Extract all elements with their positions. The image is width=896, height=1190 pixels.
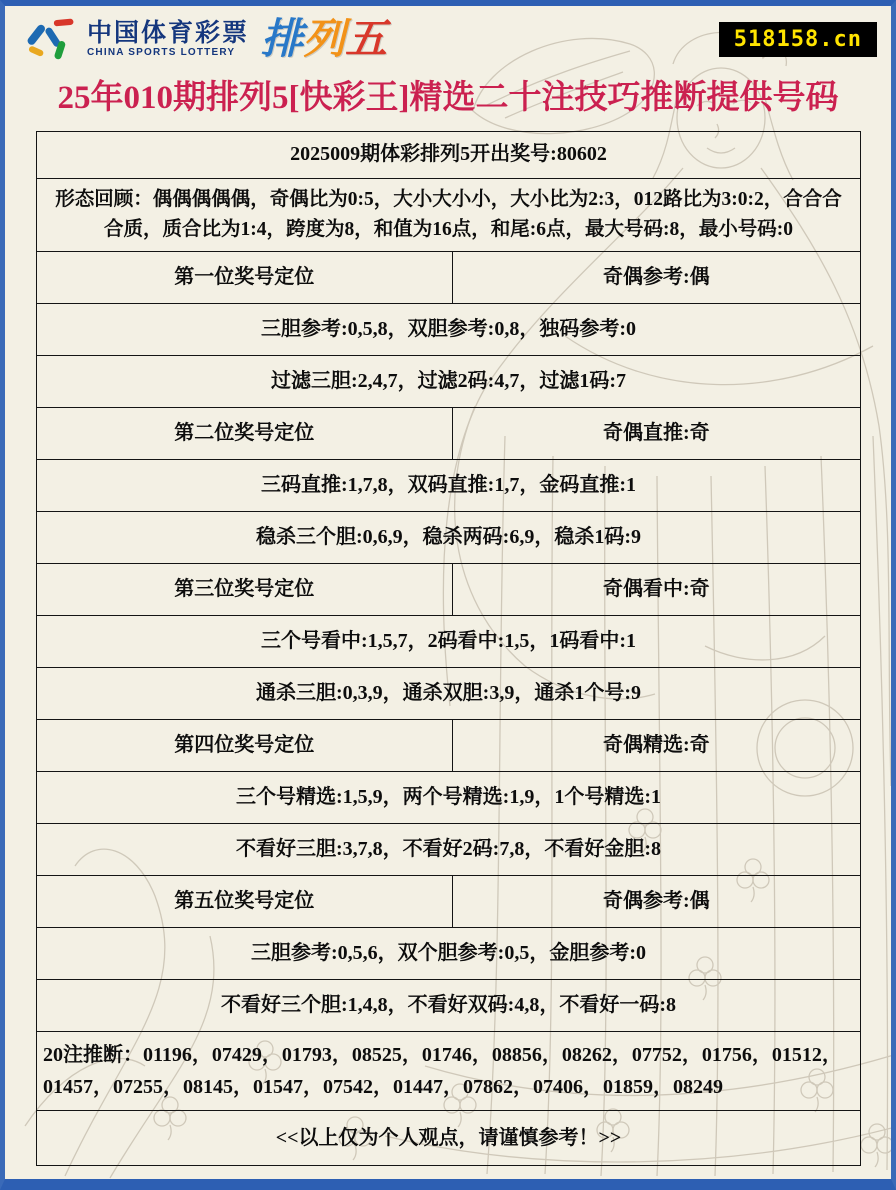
row-text-cell: 形态回顾：偶偶偶偶偶，奇偶比为0:5，大小大小小，大小比为2:3，012路比为3… (37, 179, 860, 251)
row-text-cell: 不看好三胆:3,7,8，不看好2码:7,8，不看好金胆:8 (37, 824, 860, 875)
row-value-cell: 奇偶看中:奇 (453, 564, 860, 615)
row-label-cell: 第四位奖号定位 (37, 720, 453, 771)
row-label-cell: 第五位奖号定位 (37, 876, 453, 927)
product-char-1: 排 (261, 18, 303, 60)
row-position-1-filter: 过滤三胆:2,4,7，过滤2码:4,7，过滤1码:7 (37, 356, 860, 408)
row-shape-review: 形态回顾：偶偶偶偶偶，奇偶比为0:5，大小大小小，大小比为2:3，012路比为3… (37, 179, 860, 252)
row-position-3-dan: 三个号看中:1,5,7，2码看中:1,5，1码看中:1 (37, 616, 860, 668)
row-text-cell: 20注推断：01196，07429，01793，08525，01746，0885… (37, 1032, 860, 1110)
row-text-cell: 三个号看中:1,5,7，2码看中:1,5，1码看中:1 (37, 616, 860, 667)
row-text-cell: 三胆参考:0,5,6，双个胆参考:0,5，金胆参考:0 (37, 928, 860, 979)
row-position-5-dan: 三胆参考:0,5,6，双个胆参考:0,5，金胆参考:0 (37, 928, 860, 980)
row-text-cell: 通杀三胆:0,3,9，通杀双胆:3,9，通杀1个号:9 (37, 668, 860, 719)
row-text-cell: <<以上仅为个人观点，请谨慎参考！>> (37, 1111, 860, 1165)
row-label-cell: 第三位奖号定位 (37, 564, 453, 615)
row-value-cell: 奇偶参考:偶 (453, 252, 860, 303)
row-text-cell: 三码直推:1,7,8，双码直推:1,7，金码直推:1 (37, 460, 860, 511)
row-label-cell: 第一位奖号定位 (37, 252, 453, 303)
row-text-cell: 不看好三个胆:1,4,8，不看好双码:4,8，不看好一码:8 (37, 980, 860, 1031)
row-position-3-header: 第三位奖号定位奇偶看中:奇 (37, 564, 860, 616)
row-position-1-header: 第一位奖号定位奇偶参考:偶 (37, 252, 860, 304)
row-position-2-kill: 稳杀三个胆:0,6,9，稳杀两码:6,9，稳杀1码:9 (37, 512, 860, 564)
row-position-4-header: 第四位奖号定位奇偶精选:奇 (37, 720, 860, 772)
page-title: 25年010期排列5[快彩王]精选二十注技巧推断提供号码 (11, 80, 885, 118)
row-draw-result: 2025009期体彩排列5开出奖号:80602 (37, 132, 860, 179)
row-value-cell: 奇偶参考:偶 (453, 876, 860, 927)
row-disclaimer: <<以上仅为个人观点，请谨慎参考！>> (37, 1111, 860, 1165)
prediction-table: 2025009期体彩排列5开出奖号:80602形态回顾：偶偶偶偶偶，奇偶比为0:… (36, 131, 861, 1166)
row-text-cell: 三胆参考:0,5,8，双胆参考:0,8，独码参考:0 (37, 304, 860, 355)
lottery-logo: 中国体育彩票 CHINA SPORTS LOTTERY 排 列 五 (25, 14, 387, 64)
header: 中国体育彩票 CHINA SPORTS LOTTERY 排 列 五 518158… (5, 6, 891, 78)
row-label-cell: 第二位奖号定位 (37, 408, 453, 459)
row-20-predictions: 20注推断：01196，07429，01793，08525，01746，0885… (37, 1032, 860, 1111)
site-badge: 518158.cn (719, 22, 877, 57)
row-text-cell: 三个号精选:1,5,9，两个号精选:1,9，1个号精选:1 (37, 772, 860, 823)
row-position-4-kill: 不看好三胆:3,7,8，不看好2码:7,8，不看好金胆:8 (37, 824, 860, 876)
row-position-2-dan: 三码直推:1,7,8，双码直推:1,7，金码直推:1 (37, 460, 860, 512)
sports-lottery-emblem-icon (25, 14, 79, 64)
row-position-2-header: 第二位奖号定位奇偶直推:奇 (37, 408, 860, 460)
brand-text: 中国体育彩票 CHINA SPORTS LOTTERY (87, 20, 249, 57)
row-position-5-header: 第五位奖号定位奇偶参考:偶 (37, 876, 860, 928)
row-position-5-kill: 不看好三个胆:1,4,8，不看好双码:4,8，不看好一码:8 (37, 980, 860, 1032)
brand-name-cn: 中国体育彩票 (87, 20, 249, 46)
row-text-cell: 稳杀三个胆:0,6,9，稳杀两码:6,9，稳杀1码:9 (37, 512, 860, 563)
product-char-2: 列 (303, 18, 345, 60)
product-name-pailiewu: 排 列 五 (261, 18, 387, 60)
row-text-cell: 2025009期体彩排列5开出奖号:80602 (37, 132, 860, 178)
row-value-cell: 奇偶直推:奇 (453, 408, 860, 459)
product-char-3: 五 (345, 18, 387, 60)
row-value-cell: 奇偶精选:奇 (453, 720, 860, 771)
row-position-1-dan: 三胆参考:0,5,8，双胆参考:0,8，独码参考:0 (37, 304, 860, 356)
page: 中国体育彩票 CHINA SPORTS LOTTERY 排 列 五 518158… (0, 0, 896, 1190)
row-text-cell: 过滤三胆:2,4,7，过滤2码:4,7，过滤1码:7 (37, 356, 860, 407)
row-position-4-dan: 三个号精选:1,5,9，两个号精选:1,9，1个号精选:1 (37, 772, 860, 824)
row-position-3-kill: 通杀三胆:0,3,9，通杀双胆:3,9，通杀1个号:9 (37, 668, 860, 720)
brand-name-en: CHINA SPORTS LOTTERY (87, 47, 249, 58)
